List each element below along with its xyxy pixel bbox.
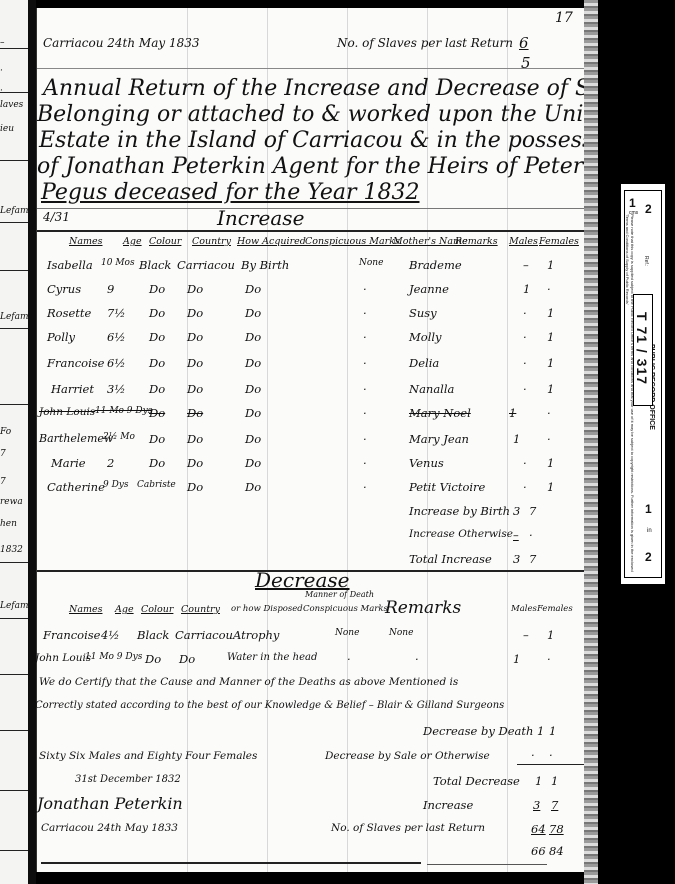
decrease-otherwise-males: · bbox=[531, 748, 535, 762]
cell-name: Marie bbox=[51, 456, 86, 470]
last-return-males: 6 bbox=[519, 34, 529, 52]
col-names: Names bbox=[69, 604, 102, 615]
col-country: Country bbox=[192, 236, 231, 247]
col-age: Age bbox=[115, 604, 134, 615]
cell-females: · bbox=[547, 432, 551, 446]
cell-colour: Cabriste bbox=[137, 480, 176, 490]
increase-summary-label: Increase bbox=[423, 798, 473, 812]
label-top-right-num: 2 bbox=[645, 202, 652, 216]
page-number: 17 bbox=[555, 10, 573, 26]
cell-country: Carriacou bbox=[177, 258, 235, 272]
title-line-3: Estate in the Island of Carriacou & in t… bbox=[39, 128, 628, 154]
cell-name: Francoise bbox=[47, 356, 105, 370]
total-males: – bbox=[513, 528, 519, 542]
certification-line-1: We do Certify that the Cause and Manner … bbox=[39, 676, 458, 688]
cell-acquired: Do bbox=[245, 282, 261, 296]
cell-colour: Do bbox=[149, 406, 165, 420]
cell-males: · bbox=[523, 306, 527, 320]
ruled-line bbox=[41, 862, 421, 864]
cell-colour: Do bbox=[149, 306, 165, 320]
cell-mother: Mary Jean bbox=[409, 432, 469, 446]
last-return-summary-males: 64 bbox=[531, 822, 546, 836]
cell-age: 3½ bbox=[107, 382, 125, 396]
cell-marks: · bbox=[363, 306, 367, 320]
cell-colour: Do bbox=[149, 432, 165, 446]
cell-marks: · bbox=[363, 356, 367, 370]
ruled-line bbox=[0, 222, 28, 223]
col-males: Males bbox=[509, 236, 538, 247]
cell-acquired: Do bbox=[245, 456, 261, 470]
cell-marks: · bbox=[363, 456, 367, 470]
cell-country: Do bbox=[187, 432, 203, 446]
title-line-4: of Jonathan Peterkin Agent for the Heirs… bbox=[37, 154, 583, 180]
certification-line-2: Correctly stated according to the best o… bbox=[35, 700, 504, 711]
cell-marks: None bbox=[359, 258, 383, 268]
ruled-line bbox=[0, 674, 28, 675]
cell-country: Do bbox=[187, 406, 203, 420]
cell-manner: Atrophy bbox=[233, 628, 279, 642]
cell-colour: Black bbox=[139, 258, 171, 272]
cell-colour: Do bbox=[149, 382, 165, 396]
col-remarks: Remarks bbox=[385, 598, 461, 618]
total-label: Increase by Birth bbox=[409, 504, 510, 518]
cell-remarks: · bbox=[415, 652, 419, 666]
cell-colour: Do bbox=[149, 456, 165, 470]
cell-males: · bbox=[523, 480, 527, 494]
total-males: 3 bbox=[513, 552, 520, 566]
archive-reference-label: 1 cms 2 PUBLIC RECORD OFFICE Ref.: T 71 … bbox=[620, 183, 666, 585]
cell-country: Do bbox=[187, 382, 203, 396]
cell-females: 1 bbox=[547, 258, 554, 272]
ruled-line bbox=[0, 270, 28, 271]
label-page-total: 2 bbox=[645, 550, 652, 564]
cell-acquired: Do bbox=[245, 382, 261, 396]
col-colour: Colour bbox=[141, 604, 173, 615]
cell-males: · bbox=[523, 456, 527, 470]
col-females: Females bbox=[537, 604, 573, 614]
total-label: Increase Otherwise bbox=[409, 528, 513, 540]
label-top-left-num: 1 bbox=[629, 196, 636, 210]
decrease-by-death-label: Decrease by Death bbox=[423, 724, 533, 738]
cell-females: · bbox=[547, 406, 551, 420]
margin-fragment: · bbox=[0, 66, 3, 76]
cell-remarks: None bbox=[389, 628, 413, 638]
col-males: Males bbox=[511, 604, 537, 614]
col-names: Names bbox=[69, 236, 102, 247]
total-label: Total Increase bbox=[409, 552, 492, 566]
last-return-summary-females: 78 bbox=[549, 822, 564, 836]
cell-age: 11 Mo 9 Dys bbox=[95, 406, 152, 416]
margin-fragment: rewa bbox=[0, 497, 23, 507]
cell-country: Do bbox=[187, 356, 203, 370]
page-edge bbox=[584, 0, 598, 884]
last-return-summary-label: No. of Slaves per last Return bbox=[331, 822, 485, 834]
signature: Jonathan Peterkin bbox=[37, 794, 183, 813]
cell-males: 1 bbox=[523, 282, 530, 296]
cell-acquired: By Birth bbox=[241, 258, 289, 272]
cell-marks: · bbox=[363, 480, 367, 494]
total-males: 3 bbox=[513, 504, 520, 518]
decrease-otherwise-females: · bbox=[549, 748, 553, 762]
cell-acquired: Do bbox=[245, 480, 261, 494]
ruled-line bbox=[0, 328, 28, 329]
margin-fragment: ieu bbox=[0, 124, 14, 134]
col-how-acquired: How Acquired bbox=[237, 236, 306, 247]
cell-females: 1 bbox=[547, 480, 554, 494]
ruled-line bbox=[0, 160, 28, 161]
cell-acquired: Do bbox=[245, 306, 261, 320]
increase-summary-males: 3 bbox=[533, 798, 540, 812]
total-decrease-label: Total Decrease bbox=[433, 774, 520, 788]
decrease-heading: Decrease bbox=[255, 568, 350, 592]
cell-name: Isabella bbox=[47, 258, 93, 272]
last-return-label: No. of Slaves per last Return bbox=[337, 36, 513, 50]
increase-summary-females: 7 bbox=[551, 798, 558, 812]
cell-country: Do bbox=[187, 330, 203, 344]
cell-name: John Louis bbox=[39, 406, 95, 418]
cell-females: 1 bbox=[547, 306, 554, 320]
label-copyright-notice: Please note that this copy is supplied s… bbox=[625, 214, 635, 574]
total-decrease-males: 1 bbox=[535, 774, 542, 788]
cell-males: – bbox=[523, 258, 529, 272]
ruled-line bbox=[0, 92, 28, 93]
manner-of-death-note: Manner of Death bbox=[305, 590, 374, 599]
col-age: Age bbox=[123, 236, 142, 247]
margin-fragment: Lefam bbox=[0, 601, 28, 611]
cell-age: 4½ bbox=[101, 628, 119, 642]
ruled-line bbox=[0, 618, 28, 619]
ruled-line bbox=[0, 790, 28, 791]
ruled-line bbox=[0, 730, 28, 731]
cell-marks: · bbox=[347, 652, 351, 666]
summary-date: 31st December 1832 bbox=[75, 774, 181, 785]
cell-marks: · bbox=[363, 406, 367, 420]
ruled-line bbox=[37, 230, 585, 232]
cell-marks: · bbox=[363, 330, 367, 344]
ruled-line bbox=[37, 208, 585, 209]
cell-females: · bbox=[547, 652, 551, 666]
col-colour: Colour bbox=[149, 236, 181, 247]
margin-fragment: – bbox=[0, 38, 5, 48]
cell-age: 6½ bbox=[107, 356, 125, 370]
cell-marks: · bbox=[363, 382, 367, 396]
total-decrease-females: 1 bbox=[551, 774, 558, 788]
cell-mother: Brademe bbox=[409, 258, 462, 272]
margin-fragment: hen bbox=[0, 519, 17, 529]
cell-males: · bbox=[523, 330, 527, 344]
margin-fragment: 7 bbox=[0, 477, 6, 487]
cell-age: 2½ Mo bbox=[103, 432, 135, 442]
cell-females: 1 bbox=[547, 356, 554, 370]
ruled-line bbox=[0, 850, 28, 851]
label-page-num: 1 bbox=[645, 502, 652, 516]
cell-name: Catherine bbox=[47, 480, 105, 494]
cell-country: Do bbox=[187, 282, 203, 296]
margin-fragment: Lefam bbox=[0, 312, 28, 322]
cell-females: 1 bbox=[547, 382, 554, 396]
label-page-sep: in bbox=[647, 528, 652, 534]
col-marks: Conspicuous Marks bbox=[305, 236, 400, 247]
cell-name: John Louis bbox=[35, 652, 91, 664]
cell-females: 1 bbox=[547, 628, 554, 642]
title-line-5: Pegus deceased for the Year 1832 bbox=[41, 180, 419, 206]
ruled-line bbox=[37, 68, 585, 69]
cell-males: 1 bbox=[509, 406, 516, 420]
ruled-line bbox=[427, 864, 547, 865]
cell-colour: Black bbox=[137, 628, 169, 642]
cell-mother: Mary Noel bbox=[409, 406, 471, 420]
cell-acquired: Do bbox=[245, 356, 261, 370]
label-ref-caption: Ref.: bbox=[643, 256, 649, 267]
cell-age: 10 Mos bbox=[101, 258, 135, 268]
cell-age: 7½ bbox=[107, 306, 125, 320]
col-how-disposed: or how Disposed bbox=[231, 604, 303, 614]
cell-marks: None bbox=[335, 628, 359, 638]
cell-name: Harriet bbox=[51, 382, 94, 396]
header-place-date: Carriacou 24th May 1833 bbox=[43, 36, 200, 50]
cell-age: 2 bbox=[107, 456, 114, 470]
cell-name: Rosette bbox=[47, 306, 91, 320]
cell-mother: Molly bbox=[409, 330, 442, 344]
cell-males: 1 bbox=[513, 652, 520, 666]
title-line-2: Belonging or attached to & worked upon t… bbox=[37, 102, 611, 128]
col-females: Females bbox=[539, 236, 579, 247]
total-females: · bbox=[529, 528, 533, 542]
cell-mother: Petit Victoire bbox=[409, 480, 485, 494]
increase-margin-note: 4/31 bbox=[43, 210, 70, 224]
cell-females: 1 bbox=[547, 330, 554, 344]
margin-fragment: laves bbox=[0, 100, 23, 110]
total-females: 7 bbox=[529, 504, 536, 518]
increase-heading: Increase bbox=[217, 206, 304, 230]
col-remarks: Remarks bbox=[455, 236, 498, 247]
cell-age: 9 bbox=[107, 282, 114, 296]
adjacent-page-strip: – · · laves ieu Lefam Lefam Fo 7 7 rewa … bbox=[0, 0, 28, 884]
title-line-1: Annual Return of the Increase and Decrea… bbox=[43, 76, 647, 102]
cell-acquired: Do bbox=[245, 432, 261, 446]
cell-country: Do bbox=[187, 480, 203, 494]
margin-fragment: 7 bbox=[0, 449, 6, 459]
cell-males: 1 bbox=[513, 432, 520, 446]
cell-males: – bbox=[523, 628, 529, 642]
cell-colour: Do bbox=[149, 282, 165, 296]
decrease-by-death-males: 1 bbox=[537, 724, 544, 738]
cell-mother: Jeanne bbox=[409, 282, 449, 296]
margin-fragment: 1832 bbox=[0, 545, 23, 555]
cell-males: · bbox=[523, 356, 527, 370]
label-reference: T 71 / 317 bbox=[634, 312, 650, 385]
cell-mother: Susy bbox=[409, 306, 437, 320]
cell-marks: · bbox=[363, 282, 367, 296]
cell-country: Carriacou bbox=[175, 628, 233, 642]
cell-acquired: Do bbox=[245, 330, 261, 344]
col-marks: Conspicuous Marks bbox=[303, 604, 388, 614]
cell-marks: · bbox=[363, 432, 367, 446]
cell-females: 1 bbox=[547, 456, 554, 470]
cell-colour: Do bbox=[149, 356, 165, 370]
ruled-line bbox=[0, 48, 28, 49]
cell-manner: Water in the head bbox=[227, 652, 317, 663]
margin-fragment: · bbox=[0, 86, 3, 96]
decrease-otherwise-label: Decrease by Sale or Otherwise bbox=[325, 750, 490, 762]
decrease-by-death-females: 1 bbox=[549, 724, 556, 738]
grand-total-males: 66 bbox=[531, 844, 546, 858]
cell-females: · bbox=[547, 282, 551, 296]
cell-mother: Venus bbox=[409, 456, 444, 470]
cell-country: Do bbox=[187, 306, 203, 320]
margin-fragment: Lefam bbox=[0, 206, 28, 216]
ruled-line bbox=[0, 562, 28, 563]
ledger-page: 17 Carriacou 24th May 1833 No. of Slaves… bbox=[36, 8, 586, 872]
ruled-line bbox=[517, 764, 585, 765]
cell-name: Francoise bbox=[43, 628, 101, 642]
grand-total-females: 84 bbox=[549, 844, 564, 858]
cell-mother: Delia bbox=[409, 356, 439, 370]
total-females: 7 bbox=[529, 552, 536, 566]
cell-acquired: Do bbox=[245, 406, 261, 420]
margin-fragment: Fo bbox=[0, 427, 11, 437]
cell-age: 6½ bbox=[107, 330, 125, 344]
col-country: Country bbox=[181, 604, 220, 615]
cell-age: 9 Dys bbox=[103, 480, 129, 490]
cell-country: Do bbox=[179, 652, 195, 666]
binding-gutter bbox=[28, 0, 36, 884]
cell-country: Do bbox=[187, 456, 203, 470]
cell-mother: Nanalla bbox=[409, 382, 454, 396]
cell-name: Polly bbox=[47, 330, 75, 344]
cell-name: Cyrus bbox=[47, 282, 81, 296]
cell-colour: Do bbox=[145, 652, 161, 666]
last-return-females: 5 bbox=[521, 54, 531, 72]
footer-place-date: Carriacou 24th May 1833 bbox=[41, 822, 178, 834]
population-summary: Sixty Six Males and Eighty Four Females bbox=[39, 750, 257, 762]
cell-age: 11 Mo 9 Dys bbox=[85, 652, 142, 662]
cell-colour: Do bbox=[149, 330, 165, 344]
cell-males: · bbox=[523, 382, 527, 396]
ruled-line bbox=[0, 404, 28, 405]
